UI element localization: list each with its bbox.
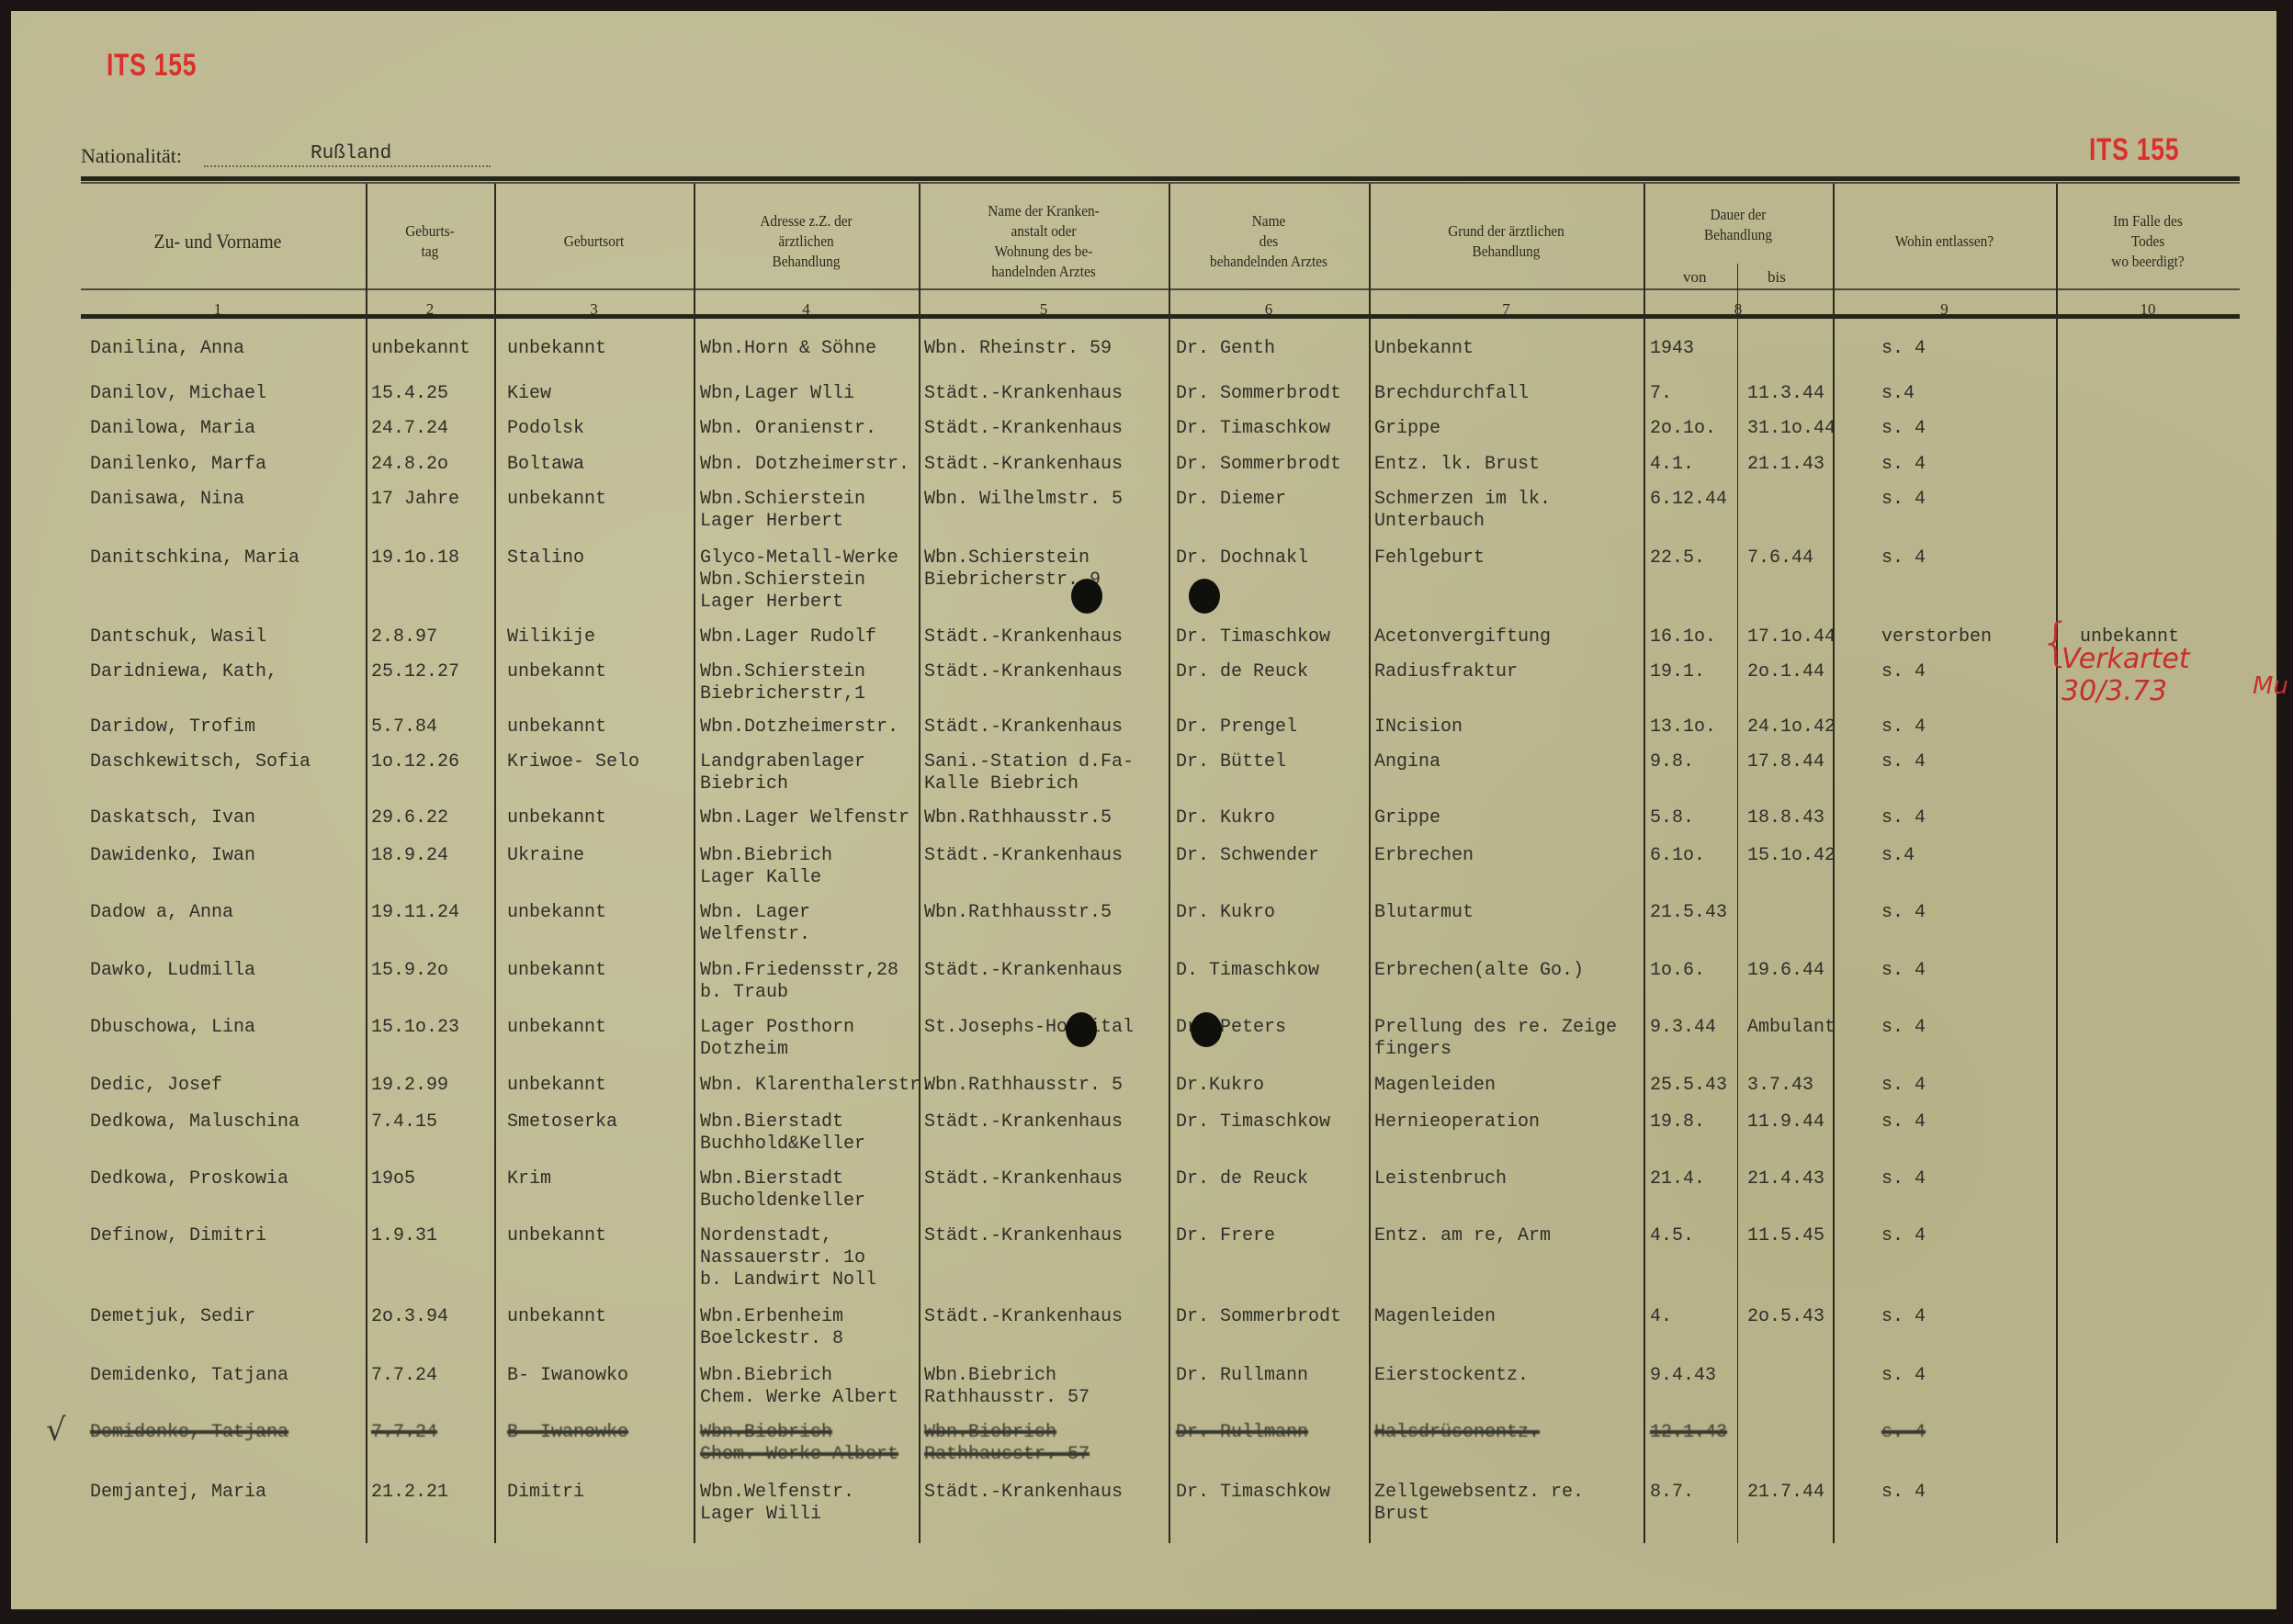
cell-reason: Erbrechen	[1374, 845, 1474, 867]
cell-discharged: verstorben	[1881, 626, 1992, 648]
column-number: 8	[1644, 296, 1833, 323]
cell-reason: Leistenbruch	[1374, 1168, 1507, 1190]
table-top-rule-inner	[81, 182, 2240, 184]
cell-from: 4.	[1650, 1306, 1672, 1328]
cell-discharged: s. 4	[1881, 716, 1926, 739]
cell-reason: INcision	[1374, 716, 1463, 739]
cell-address: Wbn.Biebrich Chem. Werke Albert	[700, 1422, 898, 1466]
cell-to: 19.6.44	[1747, 960, 1824, 982]
cell-birthplace: Stalino	[507, 547, 584, 570]
column-number: 10	[2056, 296, 2240, 323]
cell-birthplace: Boltawa	[507, 454, 584, 476]
cell-hospital: Wbn.Biebrich Rathhausstr. 57	[924, 1365, 1090, 1409]
checkmark: √	[46, 1412, 66, 1449]
cell-doctor: Dr. Schwender	[1176, 845, 1319, 867]
its-stamp-top-right: ITS 155	[2089, 132, 2179, 168]
cell-address: Wbn. Lager Welfenstr.	[700, 902, 810, 946]
cell-birthdate: 24.8.2o	[371, 454, 448, 476]
cell-discharged: s. 4	[1881, 1422, 1926, 1444]
cell-from: 4.5.	[1650, 1225, 1694, 1247]
cell-from: 21.4.	[1650, 1168, 1705, 1190]
column-divider	[919, 184, 921, 1543]
cell-doctor: Dr.Kukro	[1176, 1075, 1264, 1097]
cell-name: Demidenko, Tatjana	[90, 1365, 288, 1387]
cell-hospital: Wbn. Wilhelmstr. 5	[924, 489, 1123, 511]
cell-doctor: Dr. de Reuck	[1176, 661, 1308, 683]
cell-reason: Radiusfraktur	[1374, 661, 1518, 683]
cell-hospital: Städt.-Krankenhaus	[924, 626, 1123, 648]
cell-address: Wbn.Dotzheimerstr.	[700, 716, 898, 739]
cell-birthdate: 5.7.84	[371, 716, 437, 739]
cell-hospital: Städt.-Krankenhaus	[924, 1306, 1123, 1328]
cell-to: 21.7.44	[1747, 1482, 1824, 1504]
cell-name: Daridniewa, Kath,	[90, 661, 277, 683]
cell-reason: Entz. lk. Brust	[1374, 454, 1540, 476]
cell-birthdate: 19o5	[371, 1168, 415, 1190]
cell-birthdate: 1o.12.26	[371, 751, 459, 773]
cell-reason: Magenleiden	[1374, 1306, 1496, 1328]
cell-hospital: Wbn.Rathhausstr.5	[924, 902, 1112, 924]
cell-to: 11.9.44	[1747, 1111, 1824, 1133]
cell-to: 11.5.45	[1747, 1225, 1824, 1247]
cell-reason: Blutarmut	[1374, 902, 1474, 924]
cell-birthdate: 15.4.25	[371, 383, 448, 405]
cell-hospital: Sani.-Station d.Fa- Kalle Biebrich	[924, 751, 1134, 795]
header-address: Adresse z.Z. der ärztlichen Behandlung	[705, 193, 908, 289]
cell-doctor: Dr. Rullmann	[1176, 1422, 1308, 1444]
its-stamp-top-left: ITS 155	[107, 48, 197, 84]
column-divider	[494, 184, 496, 1543]
cell-name: Dadow a, Anna	[90, 902, 233, 924]
cell-birthdate: unbekannt	[371, 338, 470, 360]
cell-hospital: Städt.-Krankenhaus	[924, 383, 1123, 405]
cell-birthdate: 2o.3.94	[371, 1306, 448, 1328]
cell-discharged: s. 4	[1881, 1482, 1926, 1504]
column-number: 4	[694, 296, 919, 323]
column-number: 1	[70, 296, 366, 323]
cell-name: Demetjuk, Sedir	[90, 1306, 255, 1328]
cell-from: 25.5.43	[1650, 1075, 1727, 1097]
cell-birthplace: unbekannt	[507, 338, 606, 360]
cell-birthdate: 15.1o.23	[371, 1017, 459, 1039]
cell-discharged: s. 4	[1881, 1168, 1926, 1190]
cell-name: Daschkewitsch, Sofia	[90, 751, 311, 773]
cell-from: 9.8.	[1650, 751, 1694, 773]
cell-discharged: s. 4	[1881, 807, 1926, 829]
cell-hospital: Städt.-Krankenhaus	[924, 661, 1123, 683]
cell-reason: Grippe	[1374, 807, 1440, 829]
cell-doctor: Dr. Timaschkow	[1176, 626, 1330, 648]
cell-from: 19.1.	[1650, 661, 1705, 683]
cell-birthplace: unbekannt	[507, 661, 606, 683]
cell-doctor: Dr. Dochnakl	[1176, 547, 1308, 570]
cell-discharged: s. 4	[1881, 751, 1926, 773]
cell-doctor: Dr. Kukro	[1176, 807, 1275, 829]
cell-name: Danitschkina, Maria	[90, 547, 299, 570]
cell-birthdate: 7.7.24	[371, 1365, 437, 1387]
cell-reason: Grippe	[1374, 418, 1440, 440]
cell-address: Glyco-Metall-Werke Wbn.Schierstein Lager…	[700, 547, 898, 614]
cell-hospital: Städt.-Krankenhaus	[924, 1482, 1123, 1504]
cell-address: Wbn.Schierstein Biebricherstr,1	[700, 661, 865, 705]
cell-to: 2o.1.44	[1747, 661, 1824, 683]
cell-birthdate: 21.2.21	[371, 1482, 448, 1504]
cell-to: 15.1o.42	[1747, 845, 1836, 867]
cell-birthdate: 17 Jahre	[371, 489, 459, 511]
cell-address: Wbn.Horn & Söhne	[700, 338, 876, 360]
cell-doctor: Dr. Büttel	[1176, 751, 1286, 773]
punch-hole	[1189, 579, 1220, 614]
cell-doctor: Dr. Prengel	[1176, 716, 1297, 739]
header-bis: bis	[1768, 268, 1786, 287]
cell-name: Daskatsch, Ivan	[90, 807, 255, 829]
cell-from: 1o.6.	[1650, 960, 1705, 982]
cell-doctor: Dr. Timaschkow	[1176, 1111, 1330, 1133]
column-divider	[694, 184, 695, 1543]
cell-name: Dawko, Ludmilla	[90, 960, 255, 982]
cell-address: Wbn.Welfenstr. Lager Willi	[700, 1482, 854, 1526]
column-divider	[366, 184, 367, 1543]
cell-doctor: Dr. Diemer	[1176, 489, 1286, 511]
cell-birthdate: 7.7.24	[371, 1422, 437, 1444]
cell-discharged: s. 4	[1881, 454, 1926, 476]
cell-to: 18.8.43	[1747, 807, 1824, 829]
cell-discharged: s. 4	[1881, 1111, 1926, 1133]
cell-reason: Unbekannt	[1374, 338, 1474, 360]
cell-from: 6.12.44	[1650, 489, 1727, 511]
nationality-label: Nationalität:	[81, 144, 182, 168]
cell-birthplace: Podolsk	[507, 418, 584, 440]
cell-name: Danilowa, Maria	[90, 418, 255, 440]
cell-from: 12.1.43	[1650, 1422, 1727, 1444]
cell-birthdate: 15.9.2o	[371, 960, 448, 982]
cell-doctor: Dr. Genth	[1176, 338, 1275, 360]
cell-address: Wbn.Erbenheim Boelckestr. 8	[700, 1306, 843, 1350]
cell-to: 11.3.44	[1747, 383, 1824, 405]
cell-reason: Angina	[1374, 751, 1440, 773]
nationality-dotted-line	[204, 165, 491, 167]
cell-birthplace: unbekannt	[507, 489, 606, 511]
cell-birthdate: 19.2.99	[371, 1075, 448, 1097]
cell-hospital: St.Josephs-Hospital	[924, 1017, 1134, 1039]
cell-address: Wbn.Bierstadt Buchhold&Keller	[700, 1111, 865, 1156]
column-divider	[1644, 184, 1645, 1543]
column-number: 7	[1369, 296, 1644, 323]
cell-to: 21.4.43	[1747, 1168, 1824, 1190]
cell-discharged: s. 4	[1881, 1017, 1926, 1039]
nationality-value: Rußland	[311, 143, 391, 164]
cell-address: Wbn.Friedensstr,28 b. Traub	[700, 960, 898, 1004]
cell-address: Wbn. Oranienstr.	[700, 418, 876, 440]
cell-birthdate: 19.11.24	[371, 902, 459, 924]
cell-to: 2o.5.43	[1747, 1306, 1824, 1328]
cell-to: Ambulant	[1747, 1017, 1836, 1039]
cell-birthdate: 7.4.15	[371, 1111, 437, 1133]
cell-reason: Acetonvergiftung	[1374, 626, 1551, 648]
cell-discharged: s. 4	[1881, 1365, 1926, 1387]
cell-address: Nordenstadt, Nassauerstr. 1o b. Landwirt…	[700, 1225, 876, 1291]
header-birthplace: Geburtsort	[504, 193, 683, 289]
cell-to: 21.1.43	[1747, 454, 1824, 476]
cell-hospital: Städt.-Krankenhaus	[924, 418, 1123, 440]
cell-from: 22.5.	[1650, 547, 1705, 570]
cell-reason: Eierstockentz.	[1374, 1365, 1529, 1387]
cell-birthplace: B- Iwanowko	[507, 1365, 628, 1387]
column-divider	[2056, 184, 2058, 1543]
initials-note: Mu	[2253, 672, 2288, 700]
cell-birthdate: 2.8.97	[371, 626, 437, 648]
cell-doctor: Dr. Frere	[1176, 1225, 1275, 1247]
cell-birthplace: Dimitri	[507, 1482, 584, 1504]
header-birthdate: Geburts- tag	[372, 193, 488, 289]
header-duration: Dauer der Behandlung	[1653, 193, 1823, 257]
cell-name: Danisawa, Nina	[90, 489, 244, 511]
cell-name: Danilina, Anna	[90, 338, 244, 360]
cell-from: 19.8.	[1650, 1111, 1705, 1133]
cell-birthplace: Kriwoe- Selo	[507, 751, 639, 773]
header-von: von	[1683, 268, 1707, 287]
cell-to: 17.8.44	[1747, 751, 1824, 773]
cell-doctor: Dr. Sommerbrodt	[1176, 1306, 1341, 1328]
cell-hospital: Wbn.Rathhausstr. 5	[924, 1075, 1123, 1097]
von-bis-divider	[1737, 264, 1738, 1543]
cell-to: 7.6.44	[1747, 547, 1813, 570]
column-number: 6	[1169, 296, 1369, 323]
cell-reason: Schmerzen im lk. Unterbauch	[1374, 489, 1551, 533]
cell-birthdate: 24.7.24	[371, 418, 448, 440]
cell-hospital: Städt.-Krankenhaus	[924, 960, 1123, 982]
cell-name: Definow, Dimitri	[90, 1225, 266, 1247]
column-number: 3	[494, 296, 694, 323]
column-number: 9	[1833, 296, 2056, 323]
cell-address: Wbn.Schierstein Lager Herbert	[700, 489, 865, 533]
cell-from: 9.4.43	[1650, 1365, 1716, 1387]
cell-discharged: s. 4	[1881, 1225, 1926, 1247]
cell-hospital: Wbn.Rathhausstr.5	[924, 807, 1112, 829]
cell-name: Danilenko, Marfa	[90, 454, 266, 476]
cell-address: Landgrabenlager Biebrich	[700, 751, 865, 795]
cell-to: 3.7.43	[1747, 1075, 1813, 1097]
header-name: Zu- und Vorname	[85, 193, 351, 289]
cell-discharged: s. 4	[1881, 1075, 1926, 1097]
cell-hospital: Städt.-Krankenhaus	[924, 1168, 1123, 1190]
cell-name: Danilov, Michael	[90, 383, 266, 405]
cell-birthplace: B- Iwanowko	[507, 1422, 628, 1444]
cell-doctor: Dr. Sommerbrodt	[1176, 454, 1341, 476]
cell-birthplace: Smetoserka	[507, 1111, 617, 1133]
cell-discharged: s. 4	[1881, 1306, 1926, 1328]
cell-address: Wbn.Lager Rudolf	[700, 626, 876, 648]
cell-doctor: D. Timaschkow	[1176, 960, 1319, 982]
cell-hospital: Wbn.Biebrich Rathhausstr. 57	[924, 1422, 1090, 1466]
cell-reason: Halsdrüsenentz.	[1374, 1422, 1540, 1444]
cell-reason: Fehlgeburt	[1374, 547, 1485, 570]
cell-address: Wbn,Lager Wlli	[700, 383, 854, 405]
cell-to: 24.1o.42	[1747, 716, 1836, 739]
cell-from: 1943	[1650, 338, 1694, 360]
cell-name: Dedkowa, Maluschina	[90, 1111, 299, 1133]
cell-birthplace: unbekannt	[507, 902, 606, 924]
cell-address: Wbn.Lager Welfenstr	[700, 807, 909, 829]
cell-birthplace: unbekannt	[507, 807, 606, 829]
column-divider	[1369, 184, 1371, 1543]
cell-name: Daridow, Trofim	[90, 716, 255, 739]
cell-discharged: s. 4	[1881, 338, 1926, 360]
cell-from: 16.1o.	[1650, 626, 1716, 648]
cell-name: Dawidenko, Iwan	[90, 845, 255, 867]
cell-address: Wbn.Bierstadt Bucholdenkeller	[700, 1168, 865, 1212]
cell-birthdate: 18.9.24	[371, 845, 448, 867]
cell-discharged: s. 4	[1881, 547, 1926, 570]
cell-discharged: s. 4	[1881, 661, 1926, 683]
cell-address: Lager Posthorn Dotzheim	[700, 1017, 854, 1061]
column-number: 2	[366, 296, 494, 323]
cell-hospital: Städt.-Krankenhaus	[924, 1111, 1123, 1133]
cell-address: Wbn. Dotzheimerstr.	[700, 454, 909, 476]
cell-birthplace: Kiew	[507, 383, 551, 405]
cell-hospital: Städt.-Krankenhaus	[924, 454, 1123, 476]
cell-from: 13.1o.	[1650, 716, 1716, 739]
punch-hole	[1191, 1012, 1222, 1047]
cell-birthplace: unbekannt	[507, 1306, 606, 1328]
cell-birthdate: 29.6.22	[371, 807, 448, 829]
punch-hole	[1071, 579, 1102, 614]
cell-doctor: Dr. Timaschkow	[1176, 1482, 1330, 1504]
punch-hole	[1066, 1012, 1097, 1047]
cell-doctor: Dr. Rullmann	[1176, 1365, 1308, 1387]
cell-reason: Entz. am re, Arm	[1374, 1225, 1551, 1247]
cell-name: Dantschuk, Wasil	[90, 626, 266, 648]
cell-hospital: Wbn. Rheinstr. 59	[924, 338, 1112, 360]
cell-address: Wbn.Biebrich Lager Kalle	[700, 845, 832, 889]
cell-birthplace: unbekannt	[507, 1225, 606, 1247]
cell-doctor: Dr. Sommerbrodt	[1176, 383, 1341, 405]
cell-address: Wbn. Klarenthalerstr.	[700, 1075, 932, 1097]
cell-to: 31.1o.44	[1747, 418, 1836, 440]
header-reason: Grund der ärztlichen Behandlung	[1383, 193, 1630, 289]
cell-from: 21.5.43	[1650, 902, 1727, 924]
cell-address: Wbn.Biebrich Chem. Werke Albert	[700, 1365, 898, 1409]
cell-from: 4.1.	[1650, 454, 1694, 476]
cell-doctor: Dr. Kukro	[1176, 902, 1275, 924]
cell-discharged: s. 4	[1881, 418, 1926, 440]
cell-birthplace: unbekannt	[507, 716, 606, 739]
cell-birthplace: unbekannt	[507, 1075, 606, 1097]
verkartet-note: Verkartet 30/3.73	[2061, 643, 2276, 707]
column-number: 5	[919, 296, 1169, 323]
cell-reason: Zellgewebsentz. re. Brust	[1374, 1482, 1584, 1526]
cell-birthplace: unbekannt	[507, 1017, 606, 1039]
cell-reason: Erbrechen(alte Go.)	[1374, 960, 1584, 982]
cell-hospital: Städt.-Krankenhaus	[924, 845, 1123, 867]
table-top-rule	[81, 176, 2240, 181]
cell-from: 5.8.	[1650, 807, 1694, 829]
cell-from: 9.3.44	[1650, 1017, 1716, 1039]
cell-birthplace: Wilikije	[507, 626, 595, 648]
cell-to: 17.1o.44	[1747, 626, 1836, 648]
cell-reason: Hernieoperation	[1374, 1111, 1540, 1133]
cell-hospital: Städt.-Krankenhaus	[924, 716, 1123, 739]
record-sheet: ITS 155 ITS 155 Nationalität: Rußland Zu…	[11, 11, 2276, 1609]
cell-from: 7.	[1650, 383, 1672, 405]
header-buried: Im Falle des Todes wo beerdigt?	[2065, 193, 2231, 289]
cell-birthplace: unbekannt	[507, 960, 606, 982]
header-doctor: Name des behandelnden Arztes	[1179, 193, 1359, 289]
cell-reason: Magenleiden	[1374, 1075, 1496, 1097]
cell-discharged: s. 4	[1881, 489, 1926, 511]
cell-birthdate: 25.12.27	[371, 661, 459, 683]
cell-name: Dedic, Josef	[90, 1075, 222, 1097]
header-discharged: Wohin entlassen?	[1844, 193, 2045, 289]
cell-birthdate: 1.9.31	[371, 1225, 437, 1247]
cell-from: 2o.1o.	[1650, 418, 1716, 440]
cell-discharged: s.4	[1881, 383, 1915, 405]
cell-from: 8.7.	[1650, 1482, 1694, 1504]
cell-reason: Brechdurchfall	[1374, 383, 1529, 405]
column-divider	[1169, 184, 1170, 1543]
cell-discharged: s.4	[1881, 845, 1915, 867]
cell-hospital: Städt.-Krankenhaus	[924, 1225, 1123, 1247]
cell-discharged: s. 4	[1881, 960, 1926, 982]
cell-name: Demjantej, Maria	[90, 1482, 266, 1504]
cell-discharged: s. 4	[1881, 902, 1926, 924]
cell-name: Demidenko, Tatjana	[90, 1422, 288, 1444]
cell-reason: Prellung des re. Zeige fingers	[1374, 1017, 1617, 1061]
cell-name: Dbuschowa, Lina	[90, 1017, 255, 1039]
cell-name: Dedkowa, Proskowia	[90, 1168, 288, 1190]
header-hospital: Name der Kranken- anstalt oder Wohnung d…	[932, 193, 1157, 289]
cell-birthplace: Ukraine	[507, 845, 584, 867]
cell-from: 6.1o.	[1650, 845, 1705, 867]
cell-birthplace: Krim	[507, 1168, 551, 1190]
cell-doctor: Dr. Timaschkow	[1176, 418, 1330, 440]
cell-birthdate: 19.1o.18	[371, 547, 459, 570]
cell-doctor: Dr. de Reuck	[1176, 1168, 1308, 1190]
